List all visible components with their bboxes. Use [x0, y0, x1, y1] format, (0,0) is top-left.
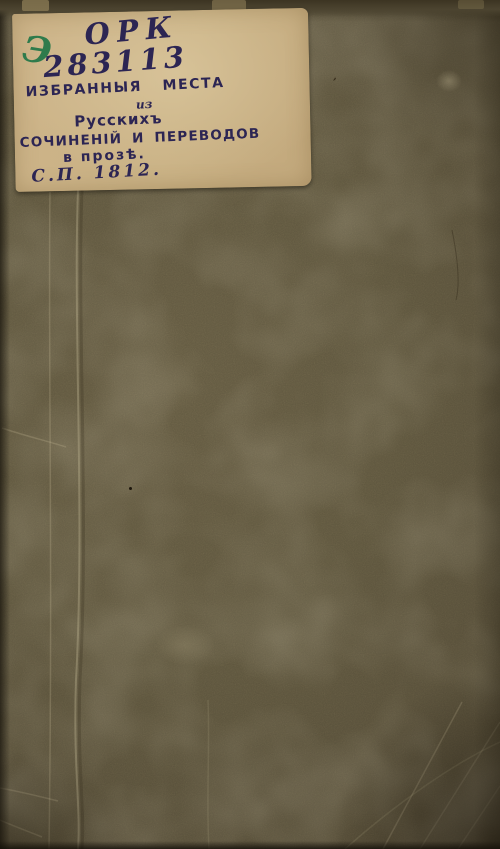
ink-dot [129, 487, 132, 490]
scuff-spot [155, 625, 215, 665]
scuff-spot [436, 70, 462, 92]
scanned-book-photo: Э ОРК 283113 ИЗБРАННЫЯ МЕСТА из Русскихъ… [0, 0, 500, 849]
book-cover: Э ОРК 283113 ИЗБРАННЫЯ МЕСТА из Русскихъ… [0, 0, 500, 849]
tape-remnant [22, 0, 49, 11]
title-line-3: Русскихъ [74, 109, 163, 130]
library-label: Э ОРК 283113 ИЗБРАННЫЯ МЕСТА из Русскихъ… [12, 8, 312, 192]
tape-remnant [458, 0, 484, 9]
imprint-date: С.П. 1812. [31, 160, 163, 187]
stray-pen-mark: ʼ [329, 76, 337, 92]
